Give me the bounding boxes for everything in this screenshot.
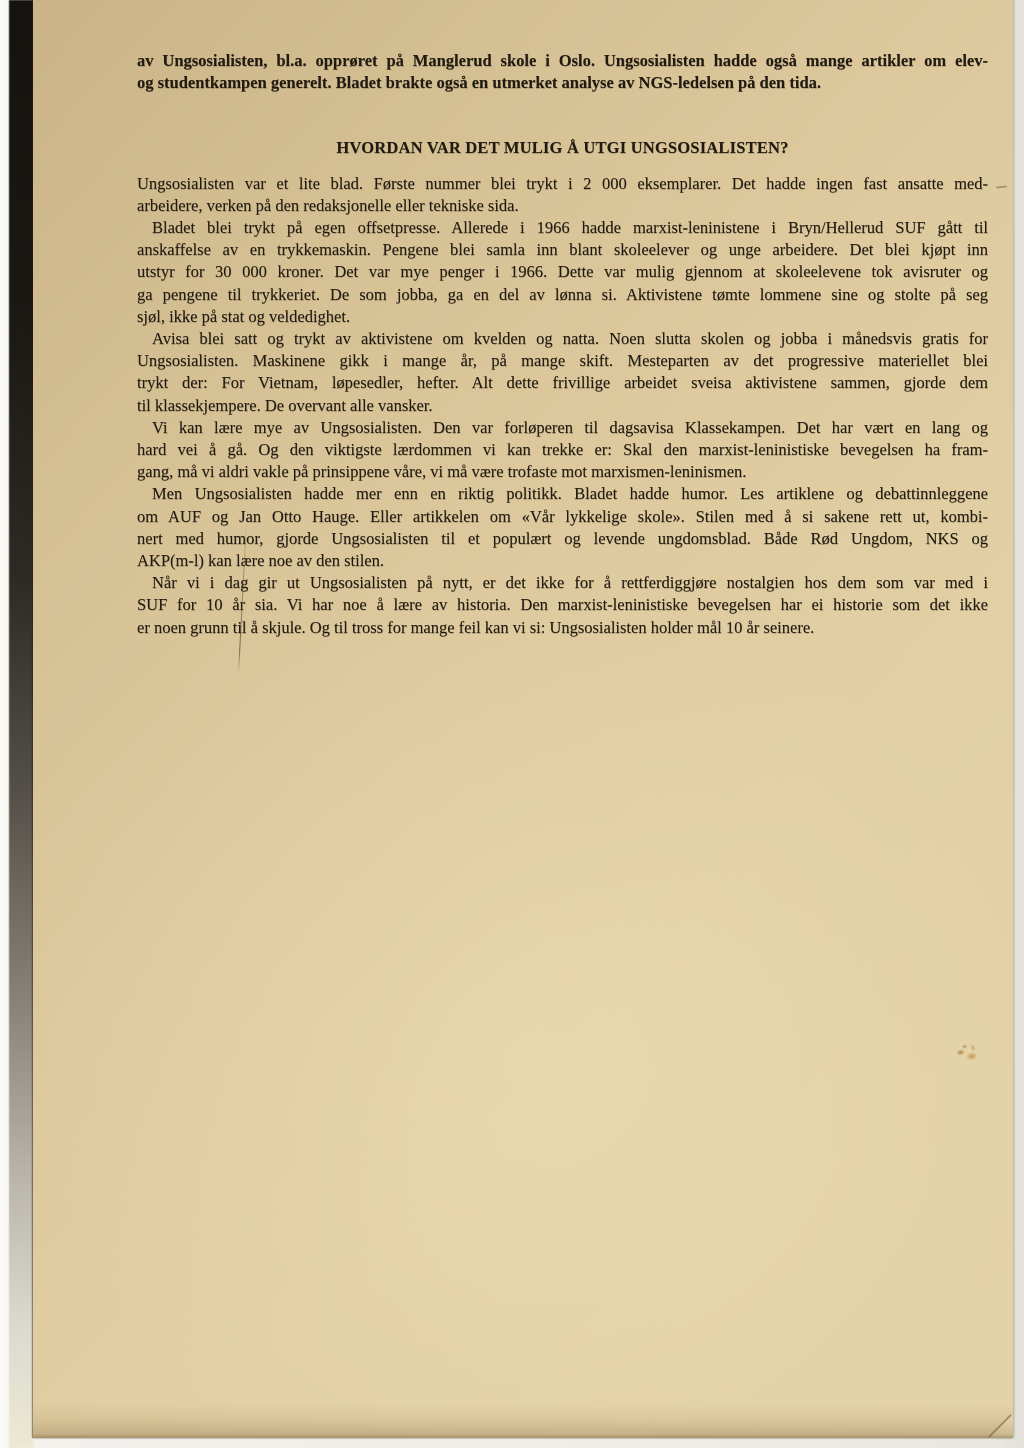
text-line: hard vei å gå. Og den viktigste lærdomme… [137, 439, 988, 461]
document-content: av Ungsosialisten, bl.a. opprøret på Man… [137, 0, 988, 639]
paragraph: Når vi i dag gir ut Ungsosialisten på ny… [137, 572, 988, 639]
text-line: AKP(m-l) kan lære noe av den stilen. [137, 550, 988, 572]
text-line: Men Ungsosialisten hadde mer enn en rikt… [137, 483, 988, 505]
text-line: arbeidere, verken på den redaksjonelle e… [137, 195, 988, 217]
text-line: om AUF og Jan Otto Hauge. Eller artikkel… [137, 506, 988, 528]
paragraph: Avisa blei satt og trykt av aktivistene … [137, 328, 988, 417]
text-line: Ungsosialisten var et lite blad. Første … [137, 173, 988, 195]
text-line: sjøl, ikke på stat og veldedighet. [137, 306, 988, 328]
text-line: er noen grunn til å skjule. Og til tross… [137, 617, 988, 639]
text-line: ga pengene til trykkeriet. De som jobba,… [137, 284, 988, 306]
text-line: til klassekjempere. De overvant alle van… [137, 395, 988, 417]
text-line: av Ungsosialisten, bl.a. opprøret på Man… [137, 50, 988, 72]
paper-stain [948, 1035, 987, 1071]
paragraph: Vi kan lære mye av Ungsosialisten. Den v… [137, 417, 988, 484]
text-line: gang, må vi aldri vakle på prinsippene v… [137, 461, 988, 483]
text-line: trykt der: For Vietnam, løpesedler, heft… [137, 372, 988, 394]
text-line: anskaffelse av en trykkemaskin. Pengene … [137, 239, 988, 261]
text-line: Avisa blei satt og trykt av aktivistene … [137, 328, 988, 350]
paragraph: Men Ungsosialisten hadde mer enn en rikt… [137, 483, 988, 572]
section-heading: HVORDAN VAR DET MULIG Å UTGI UNGSOSIALIS… [137, 137, 988, 159]
text-line: Bladet blei trykt på egen offsetpresse. … [137, 217, 988, 239]
paper-bottom-shadow [33, 1404, 1013, 1438]
paragraph: Bladet blei trykt på egen offsetpresse. … [137, 217, 988, 328]
intro-paragraph: av Ungsosialisten, bl.a. opprøret på Man… [137, 0, 988, 94]
text-line: Ungsosialisten. Maskinene gikk i mange å… [137, 350, 988, 372]
paper-sheet: av Ungsosialisten, bl.a. opprøret på Man… [33, 0, 1013, 1438]
margin-pencil-mark [996, 185, 1007, 188]
body-paragraphs: Ungsosialisten var et lite blad. Første … [137, 173, 988, 639]
text-line: SUF for 10 år sia. Vi har noe å lære av … [137, 594, 988, 616]
text-line: Vi kan lære mye av Ungsosialisten. Den v… [137, 417, 988, 439]
text-line: utstyr for 30 000 kroner. Det var mye pe… [137, 261, 988, 283]
text-line: og studentkampen generelt. Bladet brakte… [137, 72, 988, 94]
text-line: nert med humor, gjorde Ungsosialisten ti… [137, 528, 988, 550]
paragraph: Ungsosialisten var et lite blad. Første … [137, 173, 988, 217]
text-line: Når vi i dag gir ut Ungsosialisten på ny… [137, 572, 988, 594]
scan-left-edge [9, 0, 34, 1448]
scanned-page: av Ungsosialisten, bl.a. opprøret på Man… [0, 0, 1024, 1448]
